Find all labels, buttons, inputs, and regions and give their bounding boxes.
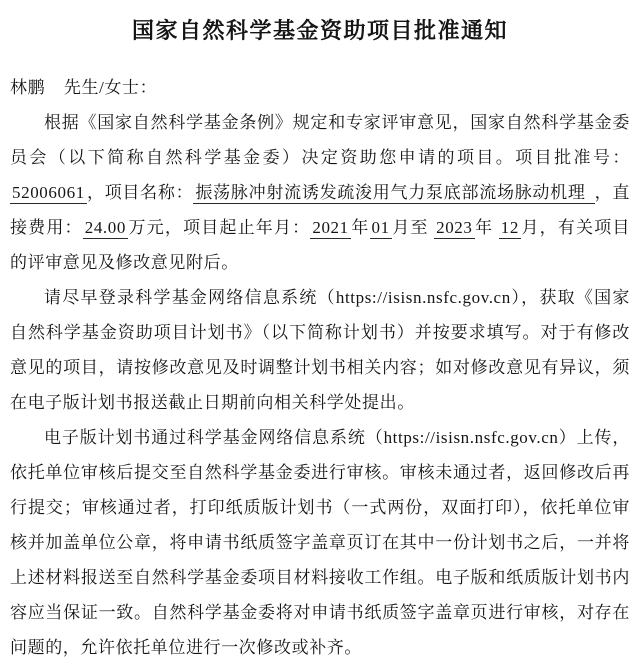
p1-segment: ，项目名称： bbox=[87, 183, 194, 202]
salutation-suffix: 先生/女士： bbox=[64, 78, 157, 97]
document-title: 国家自然科学基金资助项目批准通知 bbox=[10, 16, 630, 46]
p1-segment: 根据《国家自然科学基金条例》规定和专家评审意见，国家自然科学基金委员会（以下简称… bbox=[10, 113, 630, 167]
paragraph-submission-process: 电子版计划书通过科学基金网络信息系统（https://isisn.nsfc.go… bbox=[10, 420, 630, 665]
p1-segment: 年 bbox=[351, 218, 370, 237]
p1-segment: 月至 bbox=[392, 218, 434, 237]
recipient-name: 林鹏 bbox=[10, 78, 45, 97]
project-title-value: 振荡脉冲射流诱发疏浚用气力泵底部流场脉动机理 bbox=[193, 183, 594, 204]
p1-segment: 年 bbox=[475, 218, 499, 237]
paragraph-system-login-instructions: 请尽早登录科学基金网络信息系统（https://isisn.nsfc.gov.c… bbox=[10, 280, 630, 420]
approval-number-value: 52006061 bbox=[10, 183, 87, 204]
grant-approval-notice: 国家自然科学基金资助项目批准通知 林鹏先生/女士： 根据《国家自然科学基金条例》… bbox=[0, 0, 640, 672]
salutation-line: 林鹏先生/女士： bbox=[10, 70, 630, 105]
start-month-value: 01 bbox=[370, 218, 392, 239]
direct-cost-value: 24.00 bbox=[83, 218, 128, 239]
end-year-value: 2023 bbox=[434, 218, 474, 239]
p1-segment: 万元，项目起止年月： bbox=[128, 218, 310, 237]
start-year-value: 2021 bbox=[310, 218, 350, 239]
paragraph-grant-details: 根据《国家自然科学基金条例》规定和专家评审意见，国家自然科学基金委员会（以下简称… bbox=[10, 105, 630, 280]
end-month-value: 12 bbox=[499, 218, 521, 239]
